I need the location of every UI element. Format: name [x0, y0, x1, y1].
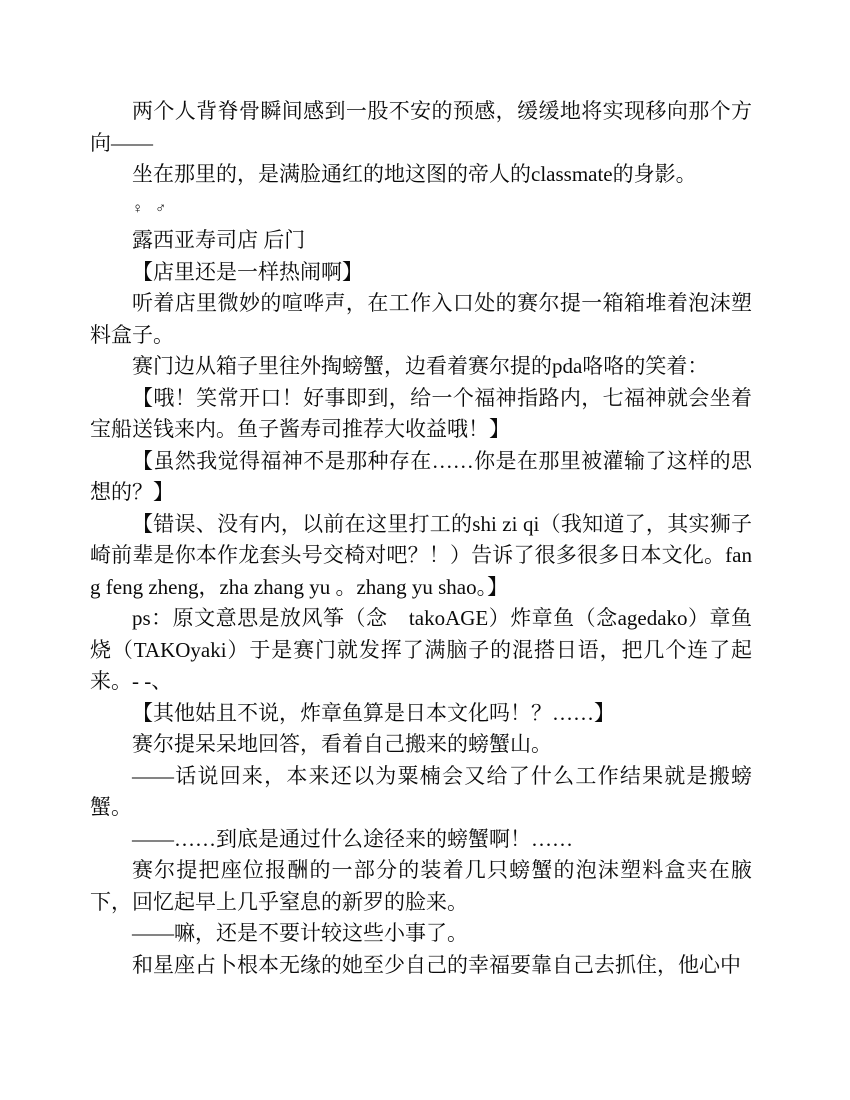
scene-heading: 露西亚寿司店 后门: [90, 225, 752, 257]
inner-monologue: ——嘛，还是不要计较这些小事了。: [90, 918, 752, 950]
narration-paragraph: 坐在那里的，是满脸通红的地这图的帝人的classmate的身影。: [90, 159, 752, 191]
chat-message: 【虽然我觉得福神不是那种存在……你是在那里被灌输了这样的思想的？】: [90, 446, 752, 509]
narration-paragraph: 赛尔提呆呆地回答，看着自己搬来的螃蟹山。: [90, 729, 752, 761]
female-male-icons: ♀ ♂: [132, 201, 170, 217]
inner-monologue: ——……到底是通过什么途径来的螃蟹啊！……: [90, 824, 752, 856]
narration-paragraph: 和星座占卜根本无缘的她至少自己的幸福要靠自己去抓住，他心中: [90, 950, 752, 982]
document-page: 两个人背脊骨瞬间感到一股不安的预感，缓缓地将实现移向那个方向—— 坐在那里的，是…: [0, 0, 850, 1100]
narration-paragraph: 两个人背脊骨瞬间感到一股不安的预感，缓缓地将实现移向那个方向——: [90, 96, 752, 159]
chat-message: 【店里还是一样热闹啊】: [90, 257, 752, 289]
inner-monologue: ——话说回来，本来还以为粟楠会又给了什么工作结果就是搬螃蟹。: [90, 761, 752, 824]
narration-paragraph: 赛尔提把座位报酬的一部分的装着几只螃蟹的泡沫塑料盒夹在腋下，回忆起早上几乎窒息的…: [90, 855, 752, 918]
chat-message: 【其他姑且不说，炸章鱼算是日本文化吗！？……】: [90, 698, 752, 730]
narration-paragraph: 赛门边从箱子里往外掏螃蟹，边看着赛尔提的pda咯咯的笑着：: [90, 351, 752, 383]
translator-note: ps：原文意思是放风筝（念 takoAGE）炸章鱼（念agedako）章鱼烧（T…: [90, 603, 752, 698]
text-content: 两个人背脊骨瞬间感到一股不安的预感，缓缓地将实现移向那个方向—— 坐在那里的，是…: [90, 96, 752, 981]
narration-paragraph: 听着店里微妙的喧哗声，在工作入口处的赛尔提一箱箱堆着泡沫塑料盒子。: [90, 288, 752, 351]
chat-message: 【哦！笑常开口！好事即到，给一个福神指路内，七福神就会坐着宝船送钱来内。鱼子酱寿…: [90, 383, 752, 446]
chat-message: 【错误、没有内，以前在这里打工的shi zi qi（我知道了，其实狮子崎前辈是你…: [90, 509, 752, 604]
gender-symbols-divider: ♀ ♂: [90, 191, 752, 226]
